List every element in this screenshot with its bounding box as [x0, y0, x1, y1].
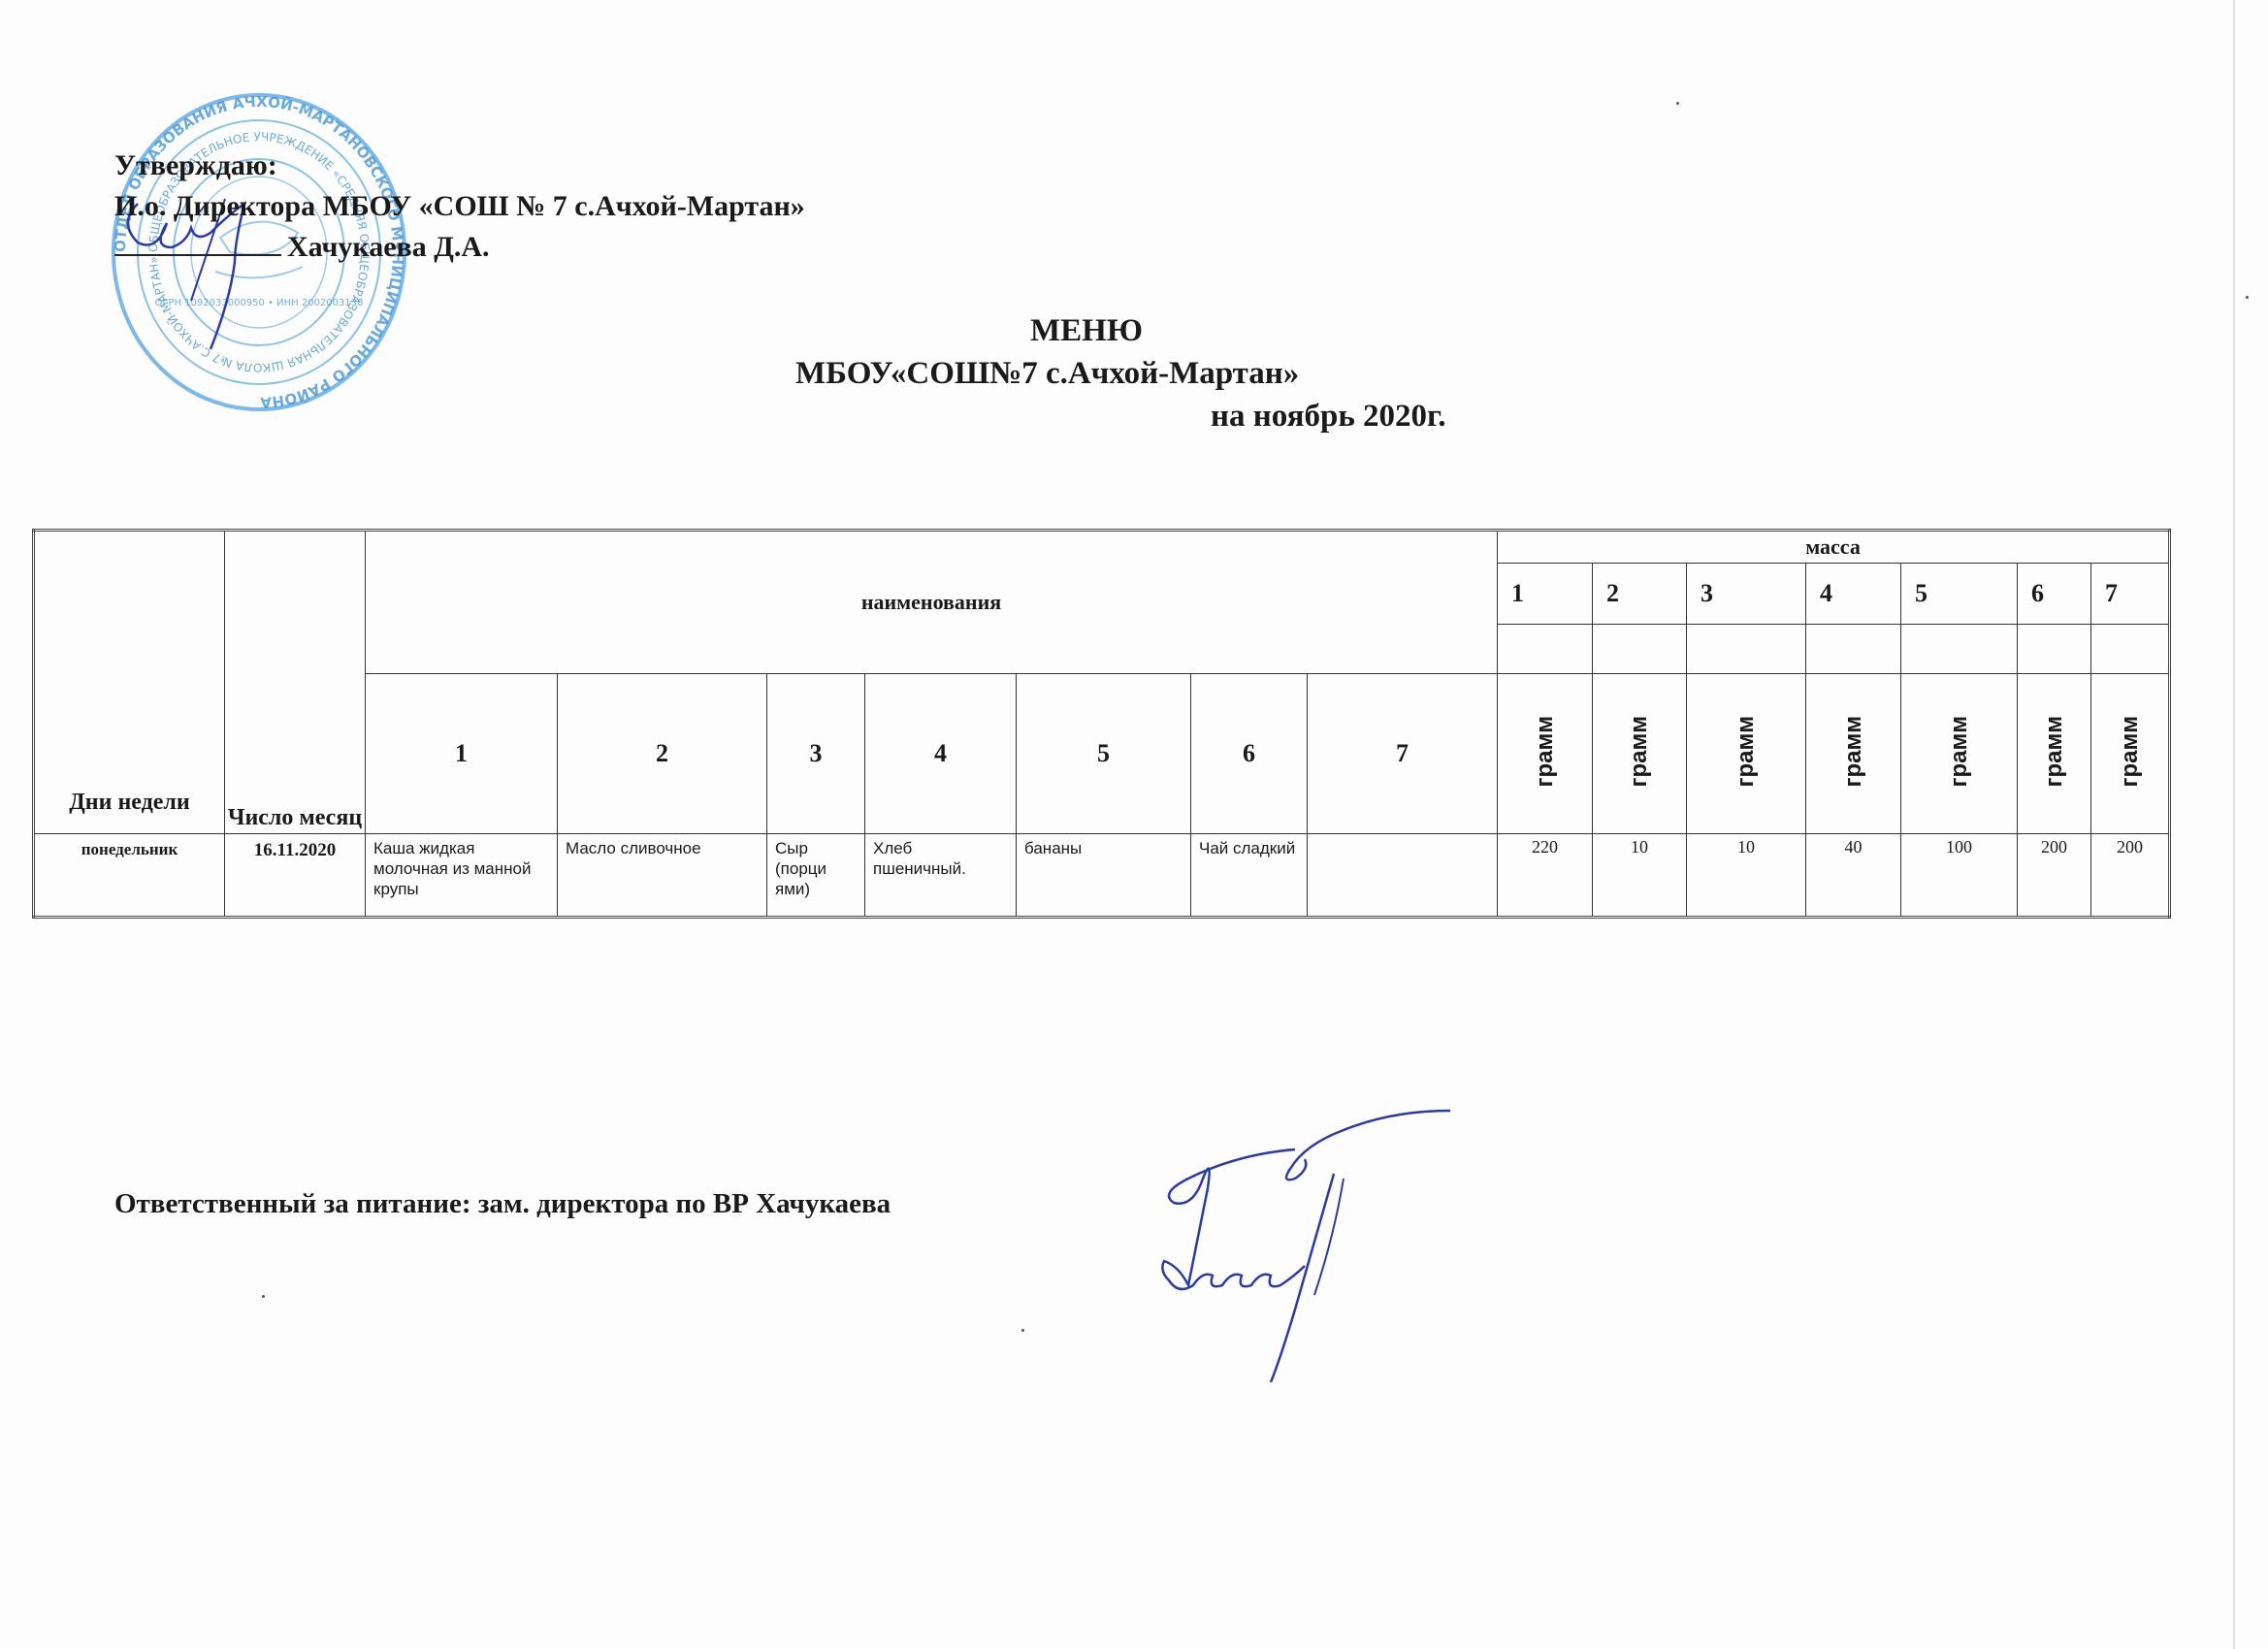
mass-col-number: 1	[1498, 564, 1593, 625]
cell-mass: 200	[2091, 834, 2170, 918]
unit-cell: грамм	[1593, 674, 1687, 834]
unit-label: грамм	[1626, 716, 1653, 788]
mass-empty-cell	[1687, 625, 1806, 674]
dish-col-number: 5	[1017, 674, 1191, 834]
cell-dish	[1308, 834, 1498, 918]
mass-col-number: 2	[1593, 564, 1687, 625]
cell-dish: бананы	[1017, 834, 1191, 918]
unit-label: грамм	[1840, 716, 1867, 788]
scan-speck	[262, 1295, 265, 1298]
scan-speck	[1021, 1329, 1024, 1332]
cell-mass: 100	[1901, 834, 2018, 918]
unit-cell: грамм	[2091, 674, 2170, 834]
dish-col-number: 7	[1308, 674, 1498, 834]
unit-label: грамм	[2041, 716, 2068, 788]
mass-empty-cell	[1593, 625, 1687, 674]
mass-empty-cell	[1901, 625, 2018, 674]
cell-date: 16.11.2020	[225, 834, 366, 918]
page-edge	[2233, 0, 2235, 1649]
cell-mass: 200	[2018, 834, 2091, 918]
menu-table: Дни недели Число месяц наименования масс…	[32, 529, 2171, 919]
cell-mass: 10	[1593, 834, 1687, 918]
unit-cell: грамм	[1901, 674, 2018, 834]
mass-empty-cell	[1498, 625, 1593, 674]
header-date: Число месяц	[225, 531, 366, 834]
signature-icon	[1043, 1106, 1460, 1387]
unit-cell: грамм	[1806, 674, 1901, 834]
unit-label: грамм	[2117, 716, 2144, 788]
approval-signatory: Хачукаева Д.А.	[114, 227, 805, 268]
svg-text:ОГРН 1092033000950 • ИНН 20020: ОГРН 1092033000950 • ИНН 2002003138	[155, 298, 364, 308]
cell-dish: Каша жидкая молочная из манной крупы	[366, 834, 558, 918]
cell-mass: 10	[1687, 834, 1806, 918]
dish-col-number: 1	[366, 674, 558, 834]
mass-col-number: 6	[2018, 564, 2091, 625]
dish-col-number: 2	[558, 674, 767, 834]
cell-dish: Сыр (порци ями)	[767, 834, 865, 918]
unit-cell: грамм	[1687, 674, 1806, 834]
responsible-person: Ответственный за питание: зам. директора…	[114, 1188, 891, 1220]
approval-name: Хачукаева Д.А.	[287, 231, 490, 263]
table-row: понедельник16.11.2020Каша жидкая молочна…	[34, 834, 2170, 918]
cell-dish: Масло сливочное	[558, 834, 767, 918]
header-mass: масса	[1498, 531, 2170, 564]
mass-empty-cell	[1806, 625, 1901, 674]
mass-empty-cell	[2018, 625, 2091, 674]
unit-label: грамм	[1733, 716, 1760, 788]
scan-speck	[1676, 102, 1679, 105]
mass-col-number: 3	[1687, 564, 1806, 625]
unit-label: грамм	[1946, 716, 1973, 788]
cell-mass: 220	[1498, 834, 1593, 918]
dish-col-number: 4	[865, 674, 1017, 834]
title-period: на ноябрь 2020г.	[1211, 394, 1446, 438]
unit-label: грамм	[1532, 716, 1559, 788]
cell-dish: Хлеб пшеничный.	[865, 834, 1017, 918]
dish-col-number: 3	[767, 674, 865, 834]
approval-heading: Утверждаю:	[114, 145, 805, 186]
mass-col-number: 5	[1901, 564, 2018, 625]
cell-dish: Чай сладкий	[1191, 834, 1308, 918]
unit-cell: грамм	[2018, 674, 2091, 834]
unit-cell: грамм	[1498, 674, 1593, 834]
header-days: Дни недели	[34, 531, 225, 834]
mass-col-number: 4	[1806, 564, 1901, 625]
mass-empty-cell	[2091, 625, 2170, 674]
cell-day: понедельник	[34, 834, 225, 918]
title-menu: МЕНЮ	[1030, 308, 1143, 353]
approval-position: И.о. Директора МБОУ «СОШ № 7 с.Ачхой-Мар…	[114, 186, 805, 227]
cell-mass: 40	[1806, 834, 1901, 918]
title-school: МБОУ«СОШ№7 с.Ачхой-Мартан»	[795, 351, 1299, 396]
signature-line	[114, 254, 281, 256]
dish-col-number: 6	[1191, 674, 1308, 834]
approval-block: Утверждаю: И.о. Директора МБОУ «СОШ № 7 …	[114, 145, 805, 268]
scan-speck	[2246, 296, 2249, 299]
header-names: наименования	[366, 531, 1498, 674]
mass-col-number: 7	[2091, 564, 2170, 625]
